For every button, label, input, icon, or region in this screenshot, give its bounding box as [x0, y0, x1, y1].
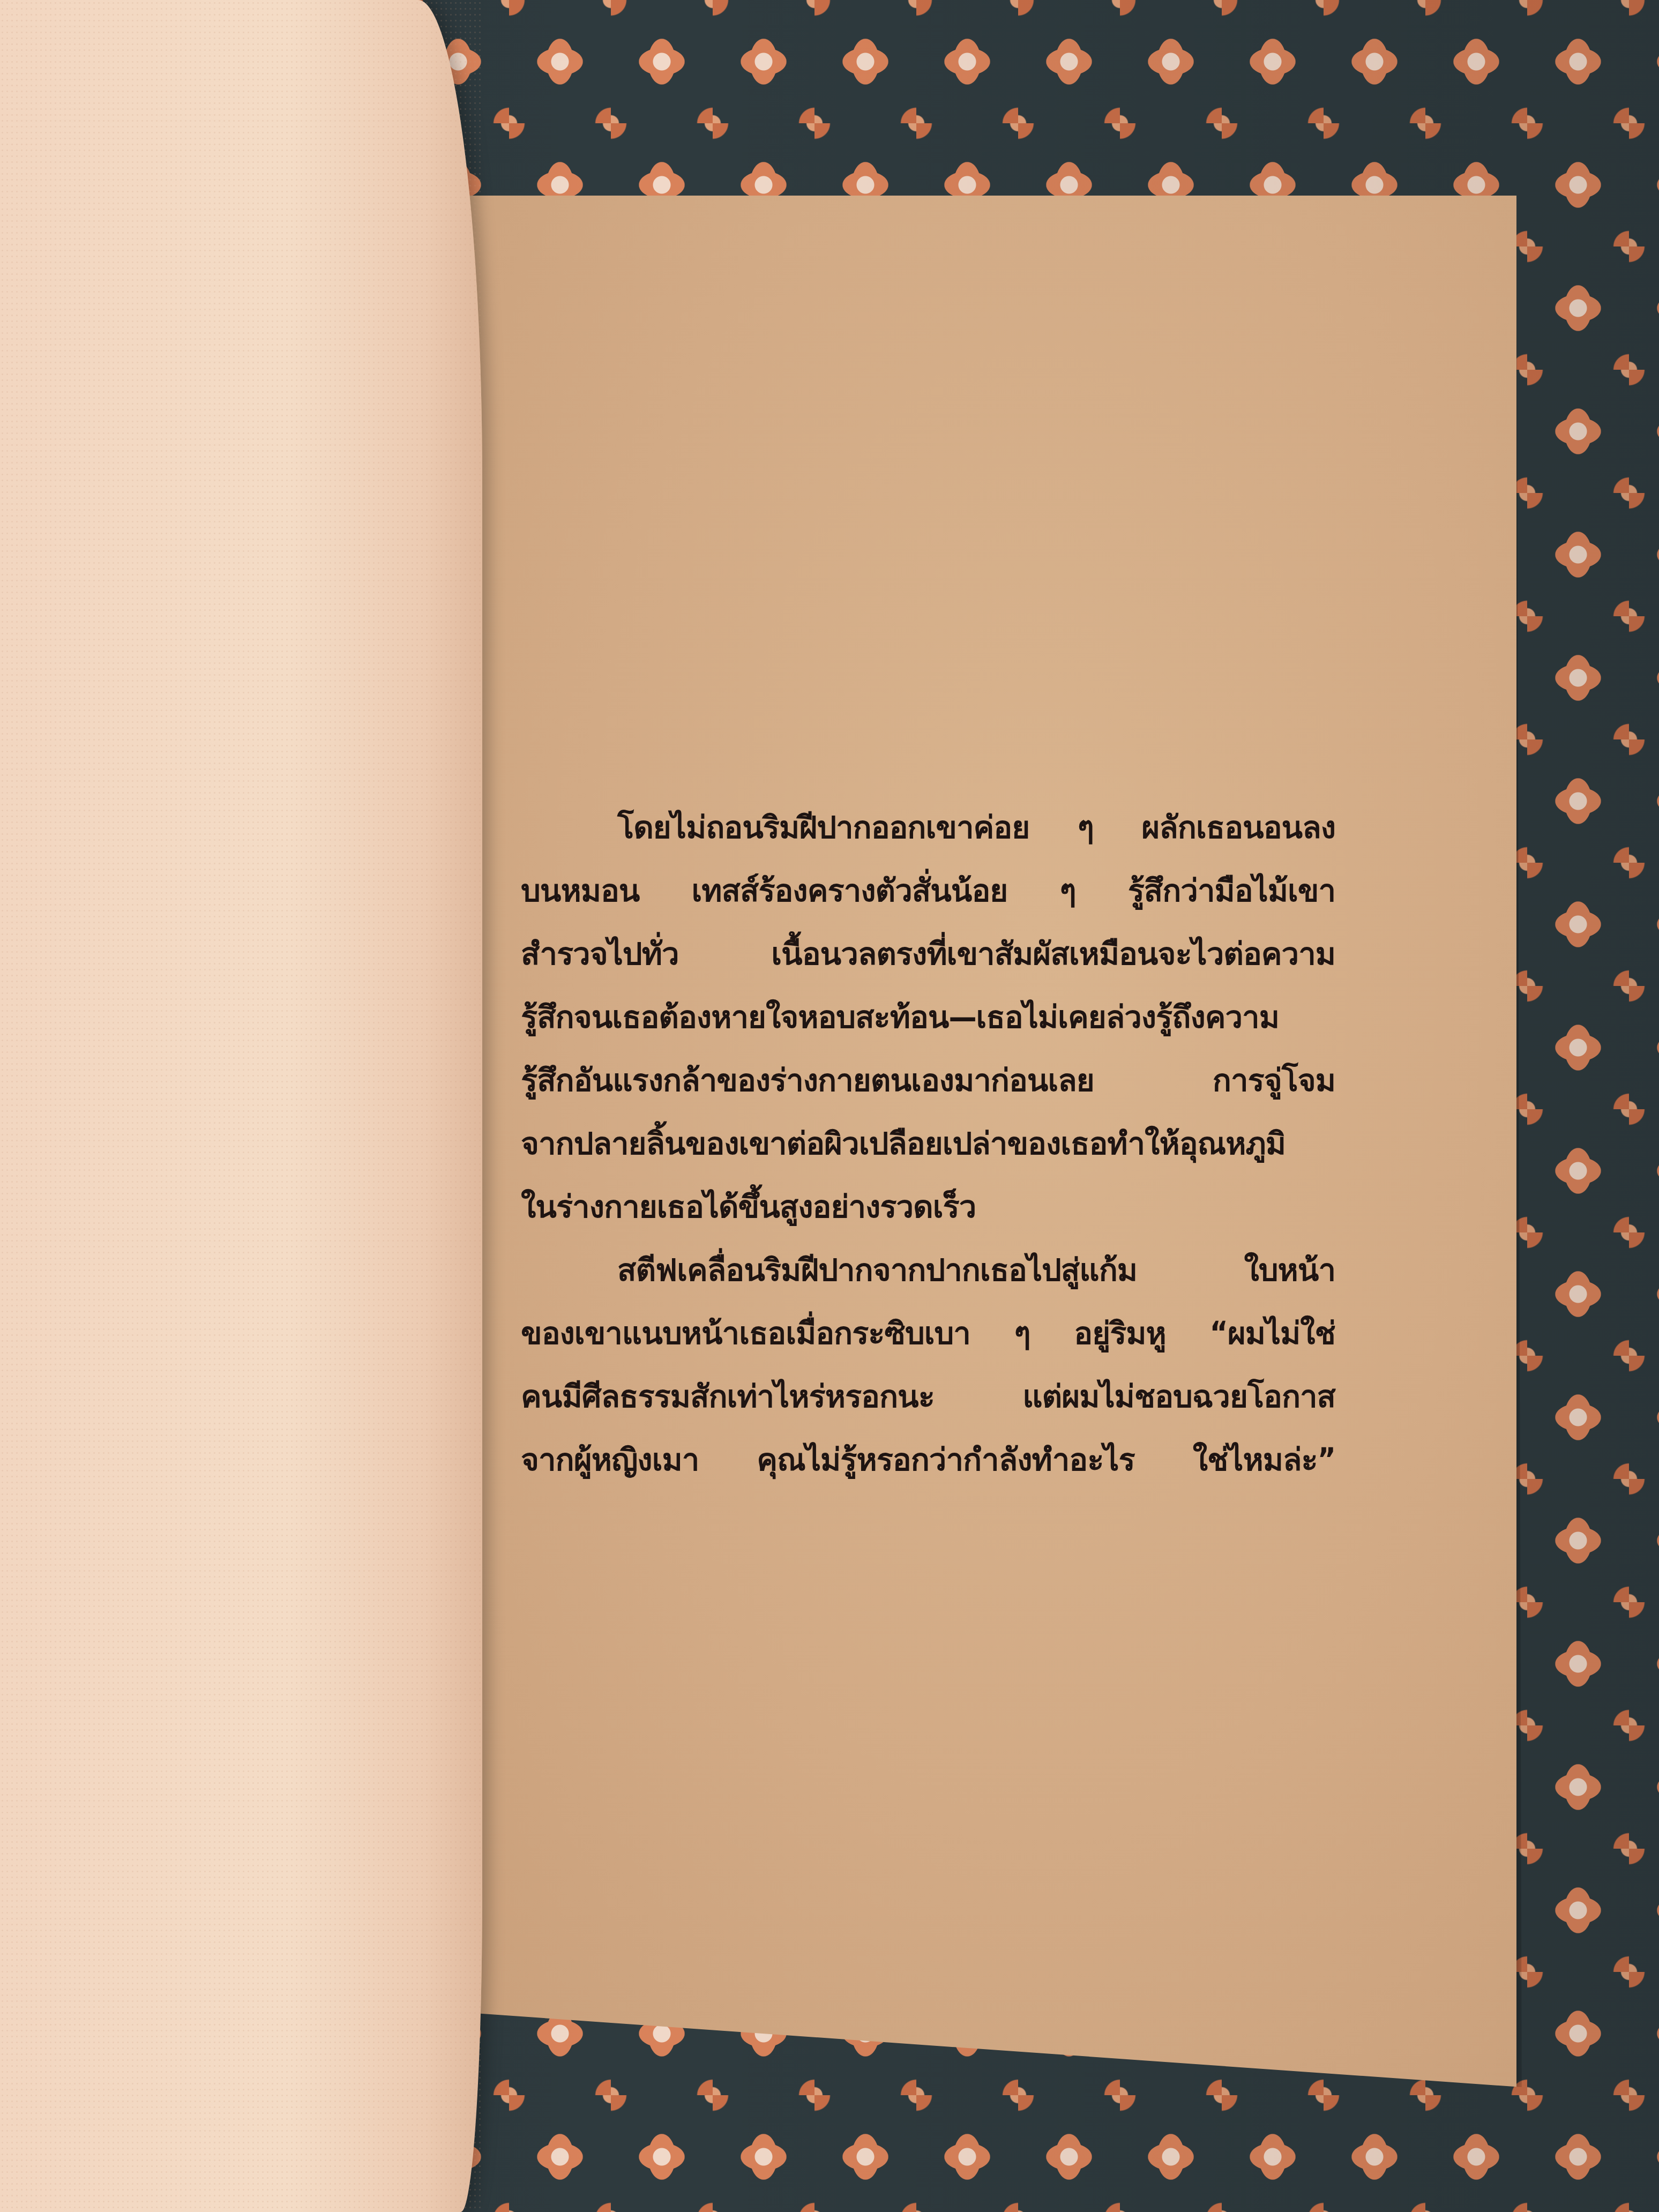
text-line: จากผู้หญิงเมา คุณไม่รู้หรอกว่ากำลังทำอะไ…: [521, 1428, 1335, 1491]
text-line: จากปลายลิ้นของเขาต่อผิวเปลือยเปล่าของเธอ…: [521, 1112, 1335, 1175]
text-line: คนมีศีลธรรมสักเท่าไหร่หรอกนะ แต่ผมไม่ชอบ…: [521, 1365, 1335, 1428]
page-body-text: โดยไม่ถอนริมฝีปากออกเขาค่อย ๆ ผลักเธอนอน…: [521, 796, 1335, 1491]
text-line: รู้สึกอันแรงกล้าของร่างกายตนเองมาก่อนเลย…: [521, 1049, 1335, 1112]
text-line: สำรวจไปทั่ว เนื้อนวลตรงที่เขาสัมผัสเหมือ…: [521, 922, 1335, 985]
text-line: บนหมอน เทสส์ร้องครางตัวสั่นน้อย ๆ รู้สึก…: [521, 859, 1335, 922]
text-line: โดยไม่ถอนริมฝีปากออกเขาค่อย ๆ ผลักเธอนอน…: [521, 796, 1335, 859]
text-line: รู้สึกจนเธอต้องหายใจหอบสะท้อน—เธอไม่เคยล…: [521, 985, 1335, 1049]
text-line: ของเขาแนบหน้าเธอเมื่อกระซิบเบา ๆ อยู่ริม…: [521, 1302, 1335, 1365]
text-line: ในร่างกายเธอได้ขึ้นสูงอย่างรวดเร็ว: [521, 1175, 1335, 1238]
paragraph-2: สตีฟเคลื่อนริมฝีปากจากปากเธอไปสู่แก้ม ใบ…: [521, 1238, 1335, 1491]
paragraph-1: โดยไม่ถอนริมฝีปากออกเขาค่อย ๆ ผลักเธอนอน…: [521, 796, 1335, 1238]
text-line: สตีฟเคลื่อนริมฝีปากจากปากเธอไปสู่แก้ม ใบ…: [521, 1238, 1335, 1302]
left-book-page: [0, 0, 482, 2212]
